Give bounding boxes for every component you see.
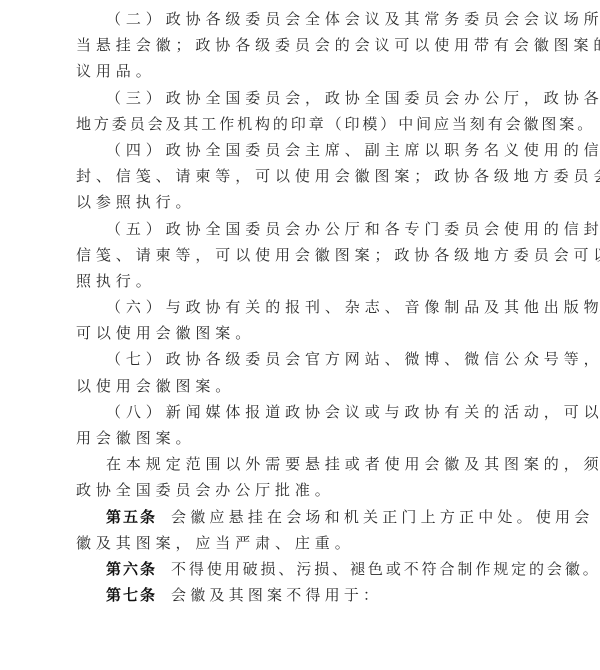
- text-line: 在本规定范围以外需要悬挂或者使用会徽及其图案的，须报: [76, 451, 526, 477]
- text-line: 可以使用会徽图案。: [76, 320, 526, 346]
- text-line: （八）新闻媒体报道政协会议或与政协有关的活动，可以使: [76, 399, 526, 425]
- text-line: （二）政协各级委员会全体会议及其常务委员会会议场所应: [76, 6, 526, 32]
- text-line: （四）政协全国委员会主席、副主席以职务名义使用的信: [76, 137, 526, 163]
- paragraph-item-5: （五）政协全国委员会办公厅和各专门委员会使用的信封、 信笺、请柬等，可以使用会徽…: [76, 216, 526, 295]
- text-line: 以使用会徽图案。: [76, 373, 526, 399]
- paragraph-item-6: （六）与政协有关的报刊、杂志、音像制品及其他出版物上 可以使用会徽图案。: [76, 294, 526, 346]
- text-line: （七）政协各级委员会官方网站、微博、微信公众号等，可: [76, 346, 526, 372]
- paragraph-item-4: （四）政协全国委员会主席、副主席以职务名义使用的信 封、信笺、请柬等，可以使用会…: [76, 137, 526, 216]
- document-page: （二）政协各级委员会全体会议及其常务委员会会议场所应 当悬挂会徽；政协各级委员会…: [76, 6, 526, 608]
- text-line: 以参照执行。: [76, 189, 526, 215]
- text-line: （六）与政协有关的报刊、杂志、音像制品及其他出版物上: [76, 294, 526, 320]
- article-text: 会徽及其图案不得用于：: [171, 586, 382, 604]
- article-6: 第六条不得使用破损、污损、褪色或不符合制作规定的会徽。: [76, 556, 526, 582]
- text-line: 地方委员会及其工作机构的印章（印模）中间应当刻有会徽图案。: [76, 111, 526, 137]
- text-line: 用会徽图案。: [76, 425, 526, 451]
- article-heading: 第七条: [106, 586, 157, 604]
- text-line: 照执行。: [76, 268, 526, 294]
- text-line: 当悬挂会徽；政协各级委员会的会议可以使用带有会徽图案的会: [76, 32, 526, 58]
- article-text: 会徽应悬挂在会场和机关正门上方正中处。使用会: [171, 508, 593, 526]
- paragraph-item-8: （八）新闻媒体报道政协会议或与政协有关的活动，可以使 用会徽图案。: [76, 399, 526, 451]
- article-text: 不得使用破损、污损、褪色或不符合制作规定的会徽。: [171, 560, 600, 578]
- article-heading: 第六条: [106, 560, 157, 578]
- text-line: 议用品。: [76, 58, 526, 84]
- text-line: 封、信笺、请柬等，可以使用会徽图案；政协各级地方委员会可: [76, 163, 526, 189]
- text-line: （五）政协全国委员会办公厅和各专门委员会使用的信封、: [76, 216, 526, 242]
- paragraph-item-3: （三）政协全国委员会，政协全国委员会办公厅，政协各级 地方委员会及其工作机构的印…: [76, 85, 526, 137]
- article-7: 第七条会徽及其图案不得用于：: [76, 582, 526, 608]
- text-line: 徽及其图案，应当严肃、庄重。: [76, 530, 526, 556]
- text-line: （三）政协全国委员会，政协全国委员会办公厅，政协各级: [76, 85, 526, 111]
- paragraph-outside-scope: 在本规定范围以外需要悬挂或者使用会徽及其图案的，须报 政协全国委员会办公厅批准。: [76, 451, 526, 503]
- paragraph-item-7: （七）政协各级委员会官方网站、微博、微信公众号等，可 以使用会徽图案。: [76, 346, 526, 398]
- text-line: 政协全国委员会办公厅批准。: [76, 477, 526, 503]
- text-line: 信笺、请柬等，可以使用会徽图案；政协各级地方委员会可以参: [76, 242, 526, 268]
- paragraph-item-2: （二）政协各级委员会全体会议及其常务委员会会议场所应 当悬挂会徽；政协各级委员会…: [76, 6, 526, 85]
- article-heading: 第五条: [106, 508, 157, 526]
- article-5: 第五条会徽应悬挂在会场和机关正门上方正中处。使用会 徽及其图案，应当严肃、庄重。: [76, 504, 526, 556]
